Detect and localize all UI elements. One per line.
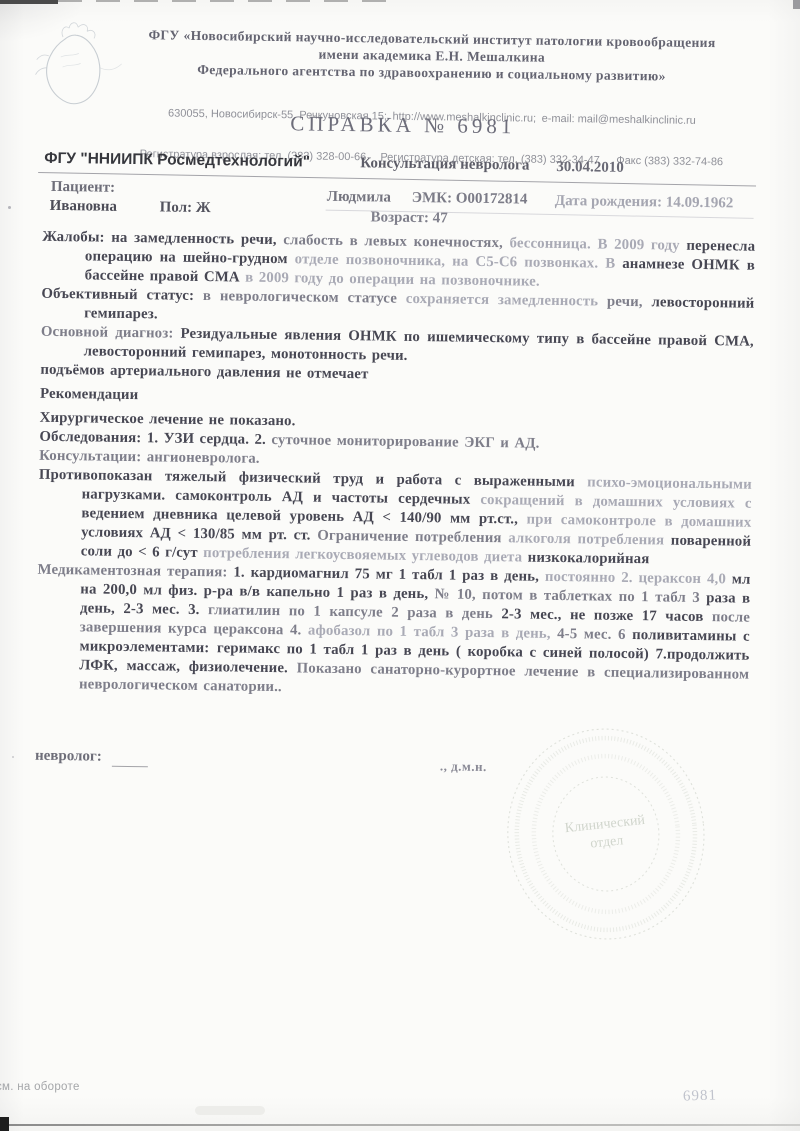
paragraph-segment: сокращений в домашних условиях с: [480, 492, 751, 512]
paragraph-segment: условиях АД < 130/85 мм рт. ст.: [81, 524, 317, 543]
clinic-short-name: ФГУ "ННИИПК Росмедтехнологий": [44, 150, 310, 172]
paragraph-segment: слабость в левых конечностях,: [283, 232, 509, 251]
paragraph-segment: потребления легкоусвояемых углеводов дие…: [203, 545, 528, 566]
scanned-certificate-page: ФГУ «Новосибирский научно-исследовательс…: [0, 0, 800, 1131]
institute-header: ФГУ «Новосибирский научно-исследовательс…: [107, 27, 756, 87]
paragraph-segment: 4-5 мес. 6: [557, 626, 632, 643]
paragraph-segment: в 2009 году до операции на позвоночнике.: [245, 270, 540, 290]
paragraph-segment: сохраняется замедленность: [406, 291, 607, 310]
paragraph-segment: Консультации: ангионевролога.: [39, 448, 260, 467]
consultation-date: 30.04.2010: [556, 159, 624, 177]
paragraph-segment: Обследования: 1. УЗИ сердца. 2.: [39, 429, 271, 448]
scan-speck: [12, 756, 14, 758]
paragraph-segment: алкоголя потребления: [508, 530, 671, 548]
scan-artifact-top-dashes: [58, 0, 393, 2]
paragraph-segment: в неврологическом статусе: [203, 288, 406, 307]
paragraph-segment: Резидуальные явления ОНМК по ишемическом…: [84, 326, 754, 364]
paragraph-segment: глиатилин по 1 капсуле 2 раза в день: [208, 602, 502, 622]
paragraph-segment: 2-3 мес., не позже 17 часов: [501, 606, 712, 625]
paragraph: Медикаментозная терапия: 1. кардиомагнил…: [36, 561, 751, 704]
paragraph: Противопоказан тяжелый физический труд и…: [38, 466, 752, 571]
paragraph-segment: речи,: [607, 294, 652, 311]
body-paragraphs: Жалобы: на замедленность речи, слабость …: [36, 228, 755, 704]
paragraph-segment: № 10, потом в таблетках по 1 табл 3: [434, 586, 706, 606]
paragraph-segment: подъёмов артериального давления не отмеч…: [40, 362, 368, 383]
patient-age: Возраст: 47: [370, 209, 447, 227]
round-stamp: Клинический отдел: [489, 712, 723, 959]
scan-artifact-bottom-line: [0, 1124, 800, 1126]
patient-birth-date: Дата рождения: 14.09.1962: [555, 193, 734, 212]
patient-label: Пациент:: [51, 179, 115, 197]
paragraph-segment: Объективный статус:: [41, 286, 203, 304]
scan-artifact-top-right: [793, 0, 800, 9]
paragraph-segment: ведением дневника целевой уровень АД < 1…: [81, 505, 526, 527]
stamp-text-line2: отдел: [590, 833, 624, 851]
stamp-text-line1: Клинический: [564, 813, 646, 836]
paragraph-segment: нагрузками. самоконтроль АД и частоты се…: [82, 486, 481, 508]
document-content: ФГУ «Новосибирский научно-исследовательс…: [0, 0, 800, 1110]
paragraph-segment: низкокалорийная: [528, 550, 650, 568]
paragraph-segment: афобазол по 1 табл 3 раза в день,: [308, 623, 557, 642]
paragraph-segment: Медикаментозная терапия:: [37, 562, 233, 581]
paragraph-segment: Жалобы: на замедленность речи,: [42, 229, 283, 248]
paragraph-segment: суточное мониторирование ЭКГ и АД.: [271, 432, 539, 452]
paragraph-segment: Рекомендации: [40, 386, 139, 403]
scan-speck: [8, 206, 11, 209]
paragraph-segment: бессонница. В 2009 году: [509, 235, 686, 253]
paragraph: Жалобы: на замедленность речи, слабость …: [42, 228, 756, 295]
certificate-number-footer: 6981: [683, 1087, 718, 1105]
paragraph-segment: отделе позвоночника, на С5-С6 позвонках.…: [295, 251, 623, 272]
paragraph-segment: при самоконтроле в домашних: [526, 512, 751, 531]
paragraph-segment: Хирургическое лечение не показано.: [40, 410, 296, 430]
see-overleaf-note: см. на обороте: [0, 1081, 80, 1093]
patient-block-divider: [38, 172, 756, 187]
signature-line: [112, 766, 148, 768]
patient-sex: Пол: Ж: [160, 199, 211, 217]
scan-artifact-bottom-left: [0, 1117, 9, 1131]
paragraph-segment: психо-эмоциональными: [587, 474, 752, 492]
paragraph-segment: 1. кардиомагнил 75 мг 1 табл 1 раз в ден…: [233, 564, 545, 584]
paragraph-segment: Ограничение потребления: [317, 528, 508, 547]
paragraph-segment: постоянно 2. цераксон 4,0: [545, 569, 732, 588]
consultation-type: Консультация невролога: [360, 155, 529, 174]
scan-artifact-top-left: [0, 0, 58, 4]
scan-smudge: [195, 1106, 265, 1115]
patient-emk-number: ЭМК: О00172814: [412, 190, 528, 209]
patient-patronymic: Ивановна: [50, 198, 118, 216]
doctor-degree: ., д.м.н.: [440, 758, 487, 775]
paragraph-segment: Основной диагноз:: [41, 324, 181, 342]
patient-block: ФГУ "ННИИПК Росмедтехнологий" Консультац…: [38, 149, 757, 229]
neurologist-signature-label: невролог:: [35, 748, 102, 766]
patient-first-name: Людмила: [327, 189, 391, 207]
